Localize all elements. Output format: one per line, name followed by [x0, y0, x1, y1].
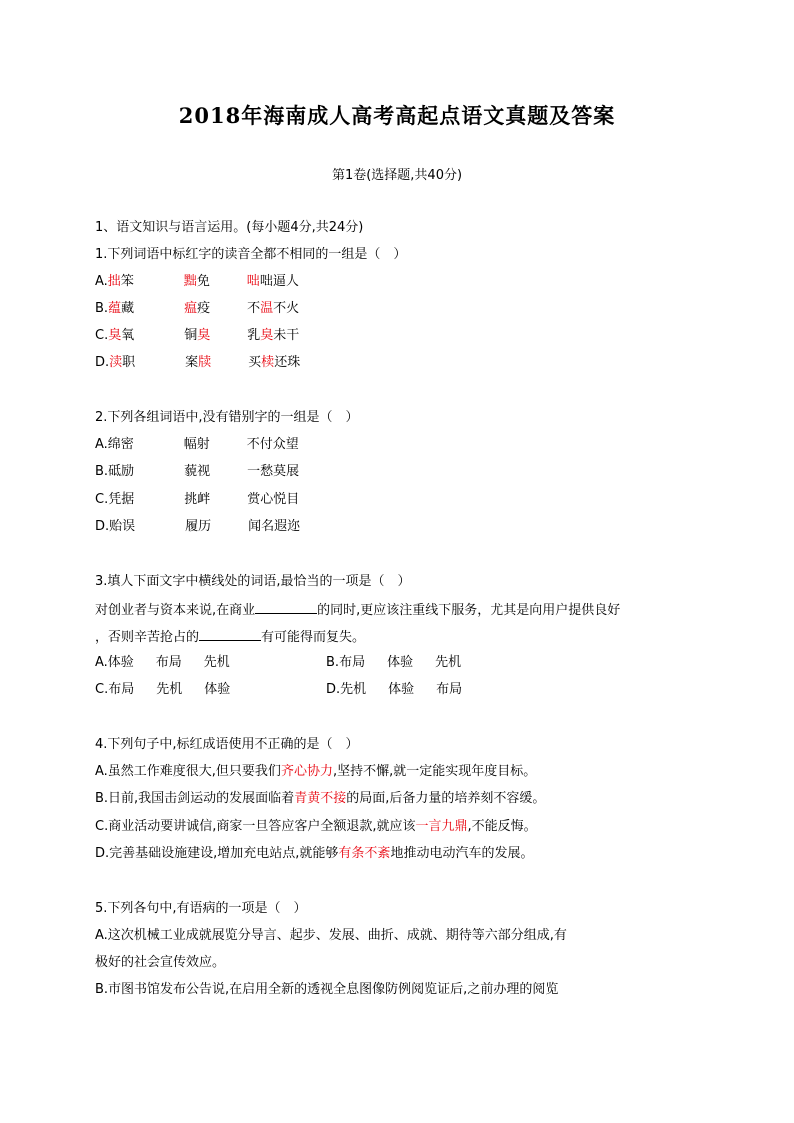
q4-option-a: A.虽然工作难度很大,但只要我们齐心协力,坚持不懈,就一定能实现年度目标。 — [95, 762, 536, 782]
q4-option-d: D.完善基础设施建设,增加充电站点,就能够有条不紊地推动电动汽车的发展。 — [95, 844, 533, 864]
q5-stem: 5.下列各句中,有语病的一项是（ ） — [95, 899, 307, 919]
q4-option-c: C.商业活动要讲诚信,商家一旦答应客户全额退款,就应该一言九鼎,不能反悔。 — [95, 817, 537, 837]
section-subtitle: 第1卷(选择题,共40分) — [0, 164, 794, 183]
q2-option-c: C.凭据挑衅赏心悦目 — [95, 490, 299, 510]
q3-option-a: A.体验布局先机 — [95, 653, 230, 673]
q3-passage-line1: 对创业者与资本来说,在商业的同时,更应该注重线下服务，尤其是向用户提供良好 — [95, 599, 620, 619]
q1-option-c: C.臭氧铜臭乳臭未干 — [95, 326, 299, 346]
q1-option-d: D.渎职案牍买椟还珠 — [95, 353, 300, 373]
q2-stem: 2.下列各组词语中,没有错别字的一组是（ ） — [95, 408, 359, 428]
document-title: 2018年海南成人高考高起点语文真题及答案 — [0, 100, 794, 130]
q3-stem: 3.填人下面文字中横线处的词语,最恰当的一项是（ ） — [95, 572, 411, 592]
q4-option-b: B.日前,我国击剑运动的发展面临着青黄不接的局面,后备力量的培养刻不容缓。 — [95, 789, 545, 809]
q5-option-a-line1: A.这次机械工业成就展览分导言、起步、发展、曲折、成就、期待等六部分组成,有 — [95, 926, 567, 946]
fill-blank — [199, 626, 261, 641]
q3-option-d: D.先机体验布局 — [326, 680, 462, 700]
q1-option-b: B.蕴藏瘟疫不温不火 — [95, 299, 299, 319]
fill-blank — [255, 599, 317, 614]
q4-stem: 4.下列句子中,标红成语使用不正确的是（ ） — [95, 735, 359, 755]
section-heading: 1、语文知识与语言运用。(每小题4分,共24分) — [95, 218, 363, 238]
q5-option-b-line1: B.市图书馆发布公告说,在启用全新的透视全息图像防例阅览证后,之前办理的阅览 — [95, 980, 558, 1000]
q3-passage-line2: ，否则辛苦抢占的有可能得而复失。 — [95, 626, 365, 646]
q3-option-c: C.布局先机体验 — [95, 680, 230, 700]
q3-option-b: B.布局体验先机 — [326, 653, 461, 673]
q2-option-b: B.砥励藐视一愁莫展 — [95, 462, 299, 482]
q2-option-d: D.贻误履历闻名遐迩 — [95, 517, 300, 537]
q5-option-a-line2: 极好的社会宣传效应。 — [95, 953, 225, 973]
q2-option-a: A.绵密幅射不付众望 — [95, 435, 299, 455]
q1-option-a: A.拙笨黜免咄咄逼人 — [95, 272, 299, 292]
q1-stem: 1.下列词语中标红字的读音全都不相同的一组是（ ） — [95, 245, 406, 265]
